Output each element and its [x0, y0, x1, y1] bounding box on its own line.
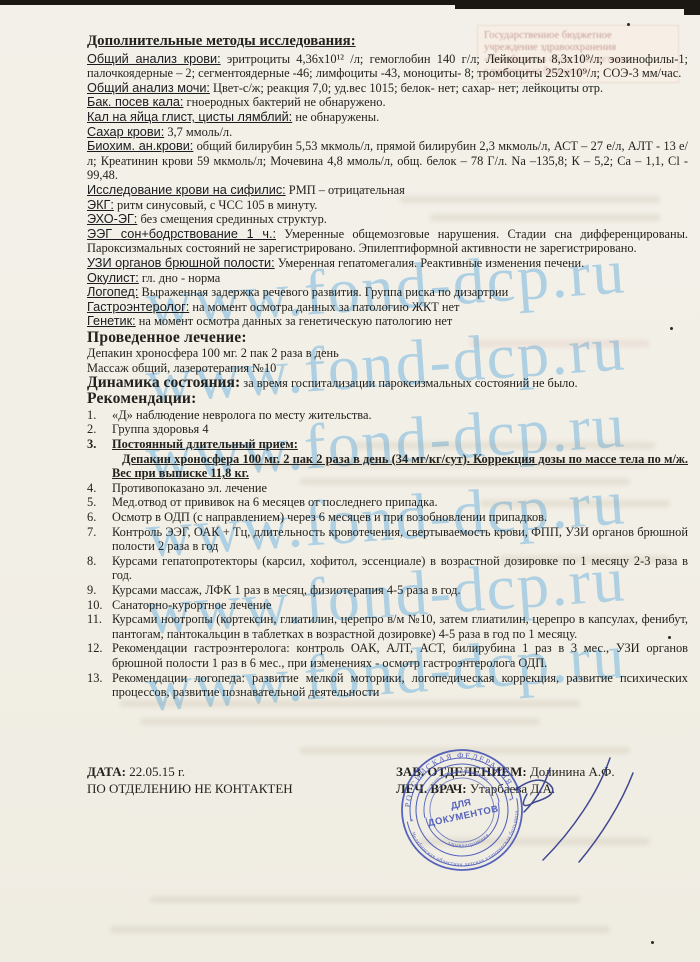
bleed-bar — [150, 896, 580, 903]
treatment-list: Депакин хроносфера 100 мг. 2 пак 2 раза … — [87, 346, 688, 375]
lab-line: УЗИ органов брюшной полости: Умеренная г… — [87, 256, 688, 271]
recommendation-item: 6.Осмотр в ОДП (с направлением) через 6 … — [87, 510, 688, 525]
bleed-bar — [110, 926, 610, 933]
lab-label: УЗИ органов брюшной полости: — [87, 256, 275, 270]
lab-label: Бак. посев кала: — [87, 95, 183, 109]
lab-label: Окулист: — [87, 271, 139, 285]
section-heading-treatment: Проведенное лечение: — [87, 331, 688, 346]
lab-label: Кал на яйца глист, цисты лямблий: — [87, 110, 292, 124]
recommendation-item: 7.Контроль ЭЭГ, ОАК + Тц, длительность к… — [87, 525, 688, 554]
recommendation-text-line: Осмотр в ОДП (с направлением) через 6 ме… — [112, 510, 547, 524]
recommendation-number: 4. — [87, 481, 112, 496]
recommendation-number: 2. — [87, 422, 112, 437]
lab-line: Кал на яйца глист, цисты лямблий: не обн… — [87, 110, 688, 125]
section-heading-additional-methods: Дополнительные методы исследования: — [87, 34, 688, 49]
scan-edge-top-right — [455, 0, 700, 9]
recommendation-item: 2.Группа здоровья 4 — [87, 422, 688, 437]
recommendation-item: 13.Рекомендации логопеда: развитие мелко… — [87, 671, 688, 700]
lab-label: Общий анализ крови: — [87, 52, 221, 66]
recommendation-item: 11.Курсами ноотропы (кортексин, глиатили… — [87, 612, 688, 641]
lab-label: Логопед: — [87, 285, 138, 299]
recommendation-text: Осмотр в ОДП (с направлением) через 6 ме… — [112, 510, 688, 525]
lab-line: Сахар крови: 3,7 ммоль/л. — [87, 125, 688, 140]
recommendation-text: Санаторно-курортное лечение — [112, 598, 688, 613]
lab-line: ЭЭГ сон+бодрствование 1 ч.: Умеренные об… — [87, 227, 688, 256]
lab-line: ЭКГ: ритм синусовый, с ЧСС 105 в минуту. — [87, 198, 688, 213]
recommendation-number: 1. — [87, 408, 112, 423]
recommendation-text: Группа здоровья 4 — [112, 422, 688, 437]
dynamics-line: Динамика состояния: за время госпитализа… — [87, 376, 688, 391]
recommendation-text-line: Курсами гепатопротекторы (карсил, хофито… — [112, 554, 688, 583]
lab-label: Общий анализ мочи: — [87, 81, 210, 95]
dynamics-text: за время госпитализации пароксизмальных … — [243, 376, 577, 390]
recommendation-text: Рекомендации логопеда: развитие мелкой м… — [112, 671, 688, 700]
recommendation-item: 8.Курсами гепатопротекторы (карсил, хофи… — [87, 554, 688, 583]
lab-label: Генетик: — [87, 314, 136, 328]
lab-results-list: Общий анализ крови: эритроциты 4,36х10¹²… — [87, 52, 688, 329]
recommendation-number: 13. — [87, 671, 112, 700]
recommendation-item: 10.Санаторно-курортное лечение — [87, 598, 688, 613]
recommendation-number: 3. — [87, 437, 112, 481]
scan-speck — [627, 23, 630, 26]
recommendation-number: 6. — [87, 510, 112, 525]
recommendation-number: 5. — [87, 495, 112, 510]
recommendation-item: 4.Противопоказано эл. лечение — [87, 481, 688, 496]
lab-label: Сахар крови: — [87, 125, 164, 139]
stamp-star-left: * — [410, 817, 416, 826]
recommendation-text: Курсами массаж, ЛФК 1 раз в месяц, физио… — [112, 583, 688, 598]
scanned-medical-report-page: www.fond-dcp.ruwww.fond-dcp.ruwww.fond-d… — [0, 0, 700, 962]
lab-line: Окулист: гл. дно - норма — [87, 271, 688, 286]
recommendation-text-line: Контроль ЭЭГ, ОАК + Тц, длительность кро… — [112, 525, 688, 554]
recommendation-number: 7. — [87, 525, 112, 554]
section-heading-recommendations: Рекомендации: — [87, 392, 688, 407]
recommendation-text: «Д» наблюдение невролога по месту житель… — [112, 408, 688, 423]
lab-label: ЭКГ: — [87, 198, 114, 212]
dynamics-label: Динамика состояния: — [87, 374, 240, 391]
lab-line: ЭХО-ЭГ: без смещения срединных структур. — [87, 212, 688, 227]
recommendation-number: 11. — [87, 612, 112, 641]
lab-line: Общий анализ мочи: Цвет-с/ж; реакция 7,0… — [87, 81, 688, 96]
recommendation-text-line: Рекомендации логопеда: развитие мелкой м… — [112, 671, 688, 700]
recommendation-text-line: Курсами массаж, ЛФК 1 раз в месяц, физио… — [112, 583, 461, 597]
date-label: ДАТА: — [87, 764, 126, 779]
recommendation-text: Мед.отвод от прививок на 6 месяцев от по… — [112, 495, 688, 510]
lab-label: Биохим. ан.крови: — [87, 139, 193, 153]
recommendation-item: 12.Рекомендации гастроэнтеролога: контро… — [87, 641, 688, 670]
lab-label: Гастроэнтеролог: — [87, 300, 189, 314]
bleed-bar — [120, 700, 580, 707]
contact-note: ПО ОТДЕЛЕНИЮ НЕ КОНТАКТЕН — [87, 780, 293, 797]
footer-left: ДАТА: 22.05.15 г. ПО ОТДЕЛЕНИЮ НЕ КОНТАК… — [87, 763, 293, 797]
recommendation-text: Курсами ноотропы (кортексин, глиатилин, … — [112, 612, 688, 641]
lab-line: Бак. посев кала: гноеродных бактерий не … — [87, 95, 688, 110]
recommendation-text-line: Группа здоровья 4 — [112, 422, 209, 436]
lab-label: ЭХО-ЭГ: — [87, 212, 137, 226]
recommendation-text: Рекомендации гастроэнтеролога: контроль … — [112, 641, 688, 670]
recommendation-number: 9. — [87, 583, 112, 598]
recommendation-text: Курсами гепатопротекторы (карсил, хофито… — [112, 554, 688, 583]
recommendation-text-line: Постоянный длительный прием: — [112, 437, 298, 451]
lab-label: ЭЭГ сон+бодрствование 1 ч.: — [87, 227, 276, 241]
scan-speck — [651, 941, 654, 944]
lab-line: Биохим. ан.крови: общий билирубин 5,53 м… — [87, 139, 688, 183]
recommendation-number: 10. — [87, 598, 112, 613]
recommendation-text-line2: Депакин хроносфера 100 мг. 2 пак 2 раза … — [112, 452, 688, 481]
recommendation-item: 3.Постоянный длительный прием:Депакин хр… — [87, 437, 688, 481]
treatment-line: Депакин хроносфера 100 мг. 2 пак 2 раза … — [87, 346, 688, 361]
recommendation-number: 8. — [87, 554, 112, 583]
lab-line: Логопед: Выраженная задержка речевого ра… — [87, 285, 688, 300]
recommendation-item: 1.«Д» наблюдение невролога по месту жите… — [87, 408, 688, 423]
date-value: 22.05.15 г. — [129, 764, 185, 779]
lab-line: Генетик: на момент осмотра данных за ген… — [87, 314, 688, 329]
recommendation-item: 5.Мед.отвод от прививок на 6 месяцев от … — [87, 495, 688, 510]
recommendation-text-line: Мед.отвод от прививок на 6 месяцев от по… — [112, 495, 438, 509]
recommendation-text: Постоянный длительный прием:Депакин хрон… — [112, 437, 688, 481]
lab-label: Исследование крови на сифилис: — [87, 183, 286, 197]
recommendation-text-line: Рекомендации гастроэнтеролога: контроль … — [112, 641, 688, 670]
recommendation-text-line: Противопоказано эл. лечение — [112, 481, 267, 495]
recommendation-text-line: Санаторно-курортное лечение — [112, 598, 272, 612]
recommendation-text-line: «Д» наблюдение невролога по месту житель… — [112, 408, 372, 422]
recommendation-text-line: Курсами ноотропы (кортексин, глиатилин, … — [112, 612, 688, 641]
lab-line: Общий анализ крови: эритроциты 4,36х10¹²… — [87, 52, 688, 81]
lab-line: Исследование крови на сифилис: РМП – отр… — [87, 183, 688, 198]
date-line: ДАТА: 22.05.15 г. — [87, 763, 293, 780]
recommendation-item: 9.Курсами массаж, ЛФК 1 раз в месяц, физ… — [87, 583, 688, 598]
bleed-bar — [140, 718, 540, 725]
scan-edge-corner — [684, 0, 700, 15]
signature-ink — [455, 738, 670, 878]
recommendation-text: Контроль ЭЭГ, ОАК + Тц, длительность кро… — [112, 525, 688, 554]
recommendation-text: Противопоказано эл. лечение — [112, 481, 688, 496]
lab-line: Гастроэнтеролог: на момент осмотра данны… — [87, 300, 688, 315]
recommendations-list: 1.«Д» наблюдение невролога по месту жите… — [87, 408, 688, 700]
recommendation-number: 12. — [87, 641, 112, 670]
report-body: Дополнительные методы исследования: Общи… — [87, 34, 688, 700]
